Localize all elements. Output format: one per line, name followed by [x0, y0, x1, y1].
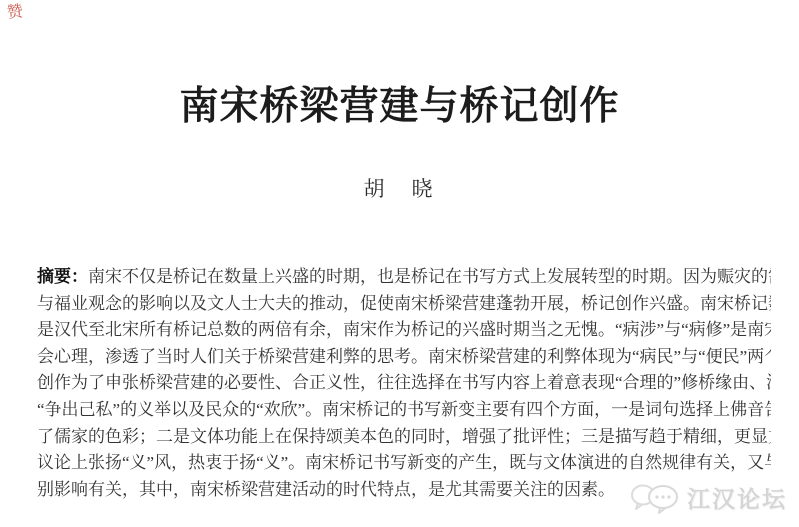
abstract-line: 是汉代至北宋所有桥记总数的两倍有余，南宋作为桥记的兴盛时期当之无愧。“病涉”与“…: [37, 317, 771, 344]
abstract-line: 创作为了申张桥梁营建的必要性、合正义性，往往选择在书写内容上着意表现“合理的”修…: [37, 370, 771, 397]
abstract-line: 摘要：南宋不仅是桥记在数量上兴盛的时期，也是桥记在书写方式上发展转型的时期。因为…: [37, 264, 771, 291]
journal-watermark: 江汉论坛: [630, 480, 787, 514]
abstract-line: 会心理，渗透了当时人们关于桥梁营建利弊的思考。南宋桥梁营建的利弊体现为“病民”与…: [37, 344, 771, 371]
author-name: 胡 晓: [0, 173, 799, 203]
abstract-block: 摘要：南宋不仅是桥记在数量上兴盛的时期，也是桥记在书写方式上发展转型的时期。因为…: [37, 264, 771, 503]
article-title: 南宋桥梁营建与桥记创作: [0, 75, 799, 131]
abstract-line: “争出己私”的义举以及民众的“欢欣”。南宋桥记的书写新变主要有四个方面，一是词句…: [37, 397, 771, 424]
abstract-line-text: 南宋不仅是桥记在数量上兴盛的时期，也是桥记在书写方式上发展转型的时期。因为赈灾的…: [88, 267, 771, 286]
abstract-line: 议论上张扬“义”风，热衷于扬“义”。南宋桥记书写新变的产生，既与文体演进的自然规…: [37, 450, 771, 477]
red-corner-mark: 赞: [6, 4, 24, 22]
watermark-text: 江汉论坛: [687, 481, 787, 514]
abstract-label: 摘要：: [37, 267, 88, 286]
abstract-line: 与福业观念的影响以及文人士大夫的推动，促使南宋桥梁营建蓬勃开展，桥记创作兴盛。南…: [37, 291, 771, 318]
abstract-line: 了儒家的色彩；二是文体功能上在保持颂美本色的同时，增强了批评性；三是描写趋于精细…: [37, 424, 771, 451]
speech-bubbles-icon: [630, 480, 682, 514]
journal-page: 赞 南宋桥梁营建与桥记创作 胡 晓 摘要：南宋不仅是桥记在数量上兴盛的时期，也是…: [0, 0, 799, 527]
